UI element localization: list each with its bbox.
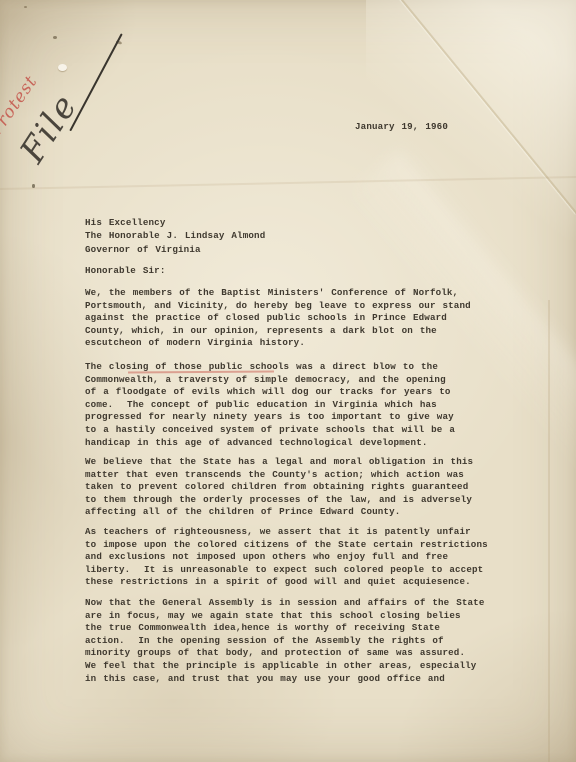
body-paragraph: We, the members of the Baptist Ministers…: [85, 287, 471, 350]
paper-crease-horizontal: [0, 176, 576, 190]
paper-sheen: [366, 0, 576, 240]
paper-speck: [32, 184, 35, 188]
body-paragraph: The closing of those public schools was …: [85, 361, 455, 449]
body-paragraph: As teachers of righteousness, we assert …: [85, 526, 488, 589]
handwritten-protest-note: Protest: [0, 72, 42, 140]
body-paragraph: Now that the General Assembly is in sess…: [85, 597, 485, 685]
date-line: January 19, 1960: [355, 121, 448, 134]
handwritten-file-note: File: [12, 87, 86, 170]
letter-page: Protest File January 19, 1960 His Excell…: [0, 0, 576, 762]
paper-crease-diagonal: [398, 0, 576, 214]
paper-speck: [58, 64, 67, 71]
paper-speck: [24, 6, 27, 8]
recipient-address: His Excellency The Honorable J. Lindsay …: [85, 216, 265, 256]
salutation: Honorable Sir:: [85, 265, 166, 278]
body-paragraph: We believe that the State has a legal an…: [85, 456, 473, 519]
paper-speck: [53, 36, 57, 39]
handwritten-slash-mark: [69, 33, 122, 131]
paper-crease-vertical: [548, 300, 550, 762]
